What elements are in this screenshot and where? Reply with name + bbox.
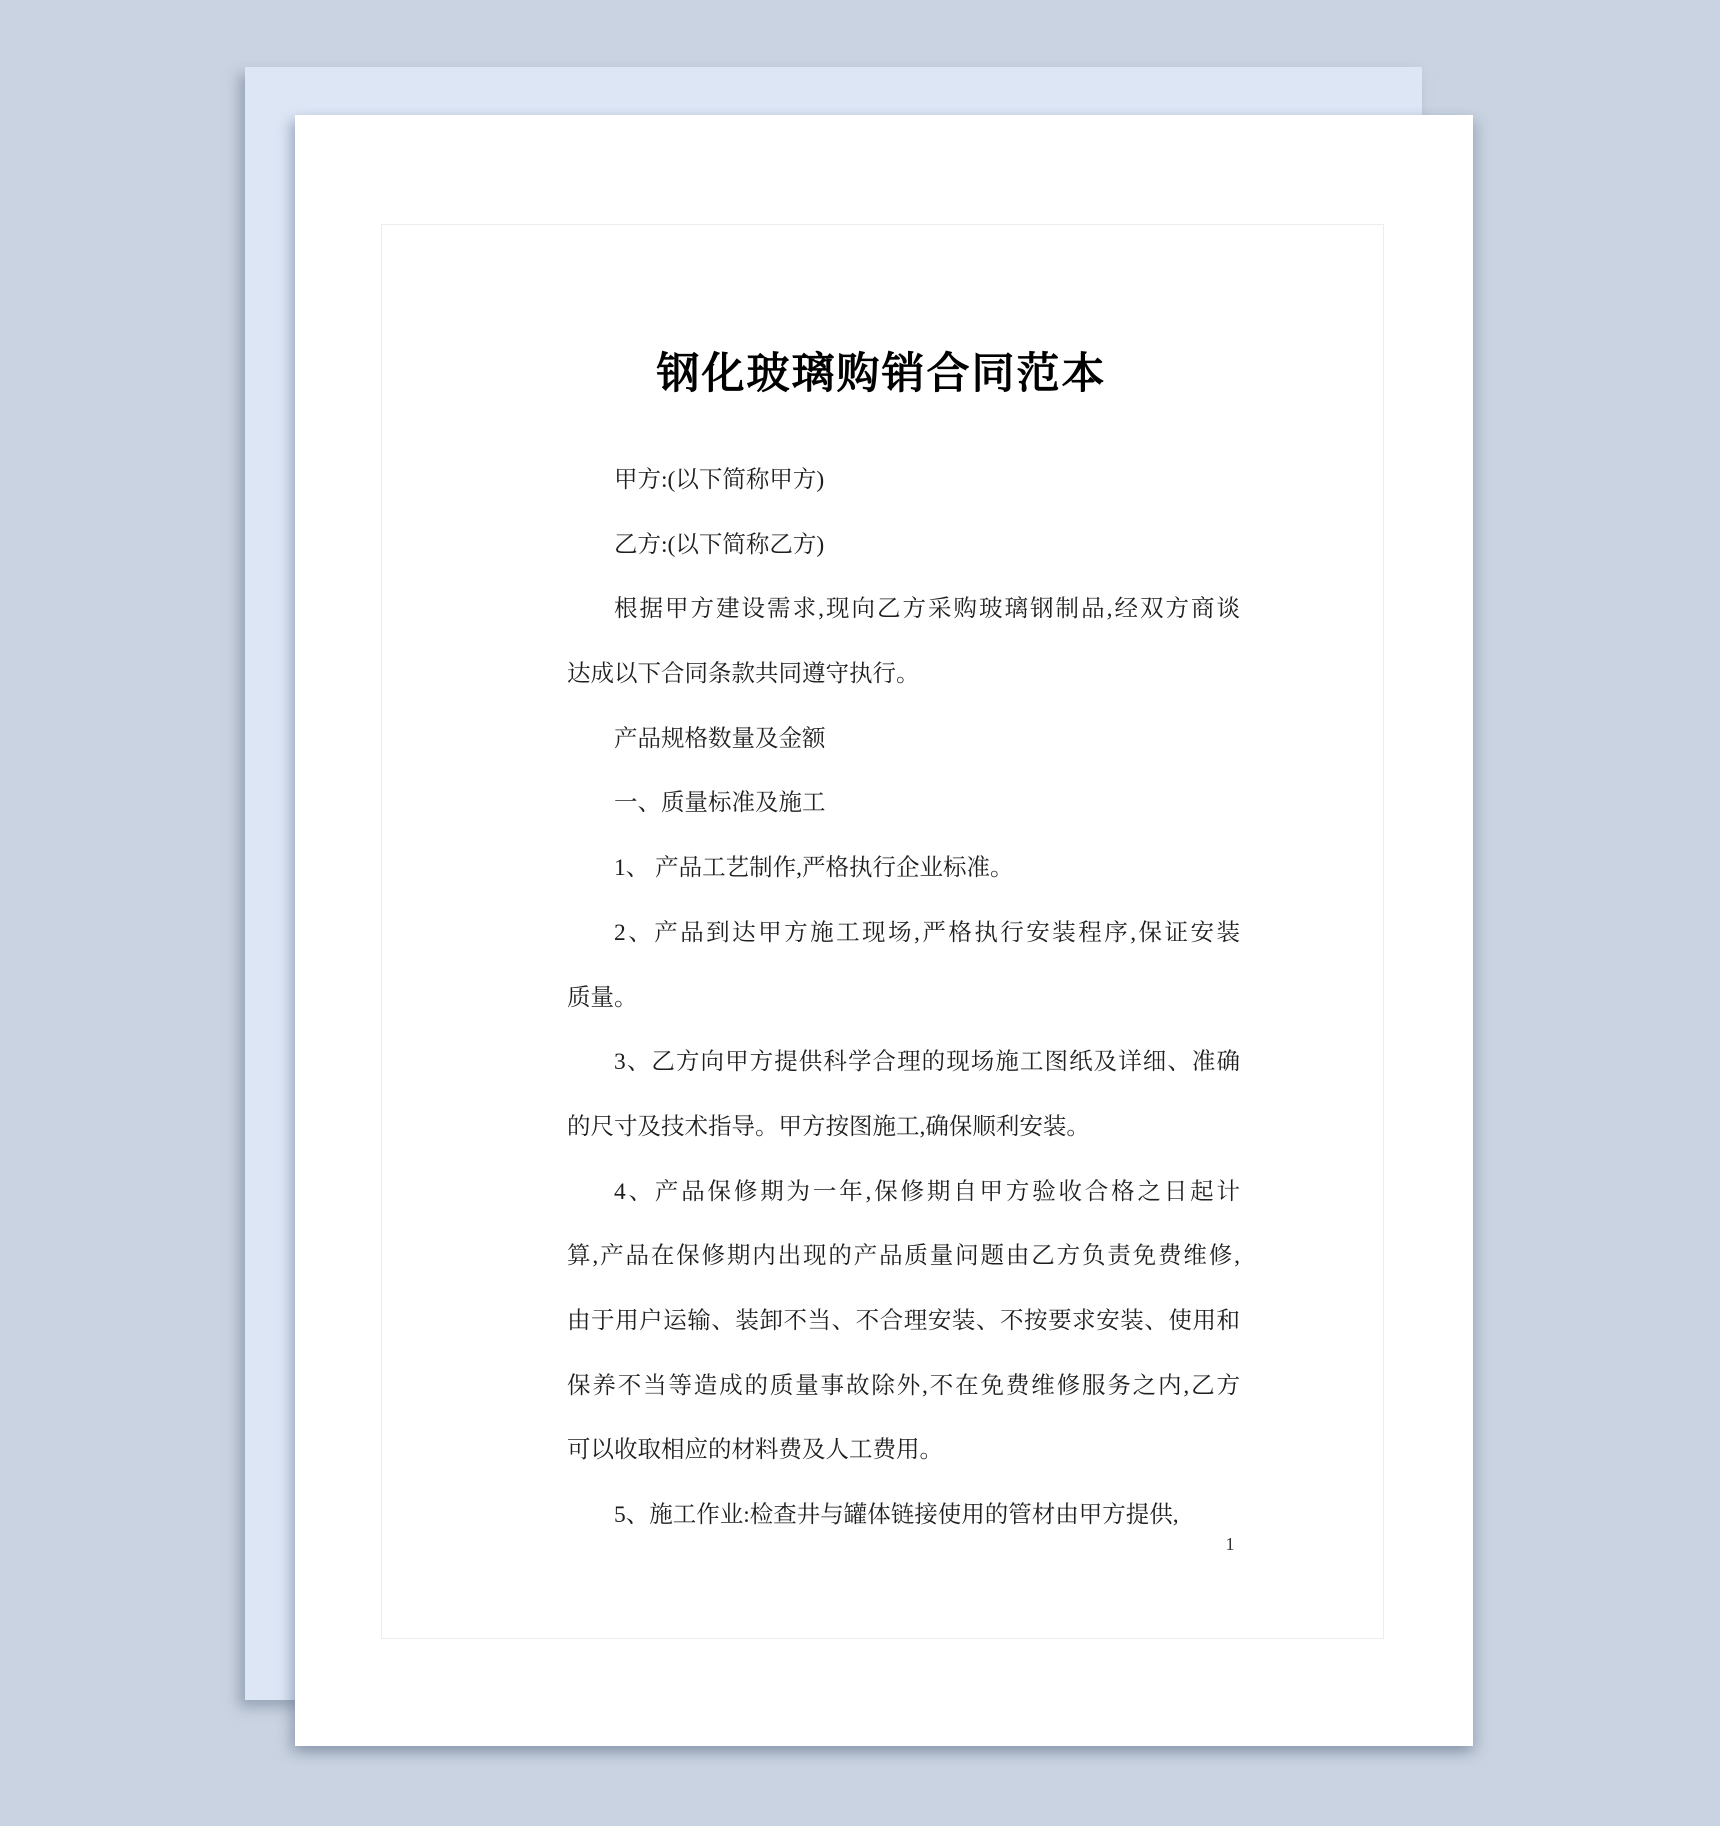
document-line: 保养不当等造成的质量事故除外,不在免费维修服务之内,乙方 [567, 1354, 1240, 1419]
document-line: 算,产品在保修期内出现的产品质量问题由乙方负责免费维修, [567, 1224, 1240, 1289]
document-line: 根据甲方建设需求,现向乙方采购玻璃钢制品,经双方商谈 [567, 577, 1240, 642]
document-line: 可以收取相应的材料费及人工费用。 [567, 1418, 1240, 1483]
document-line: 5、施工作业:检查井与罐体链接使用的管材由甲方提供, [567, 1483, 1240, 1548]
document-line: 达成以下合同条款共同遵守执行。 [567, 642, 1240, 707]
document-line: 1、 产品工艺制作,严格执行企业标准。 [567, 836, 1240, 901]
document-line: 2、产品到达甲方施工现场,严格执行安装程序,保证安装 [567, 901, 1240, 966]
document-line: 3、乙方向甲方提供科学合理的现场施工图纸及详细、准确 [567, 1030, 1240, 1095]
document-line: 产品规格数量及金额 [567, 707, 1240, 772]
document-line: 一、质量标准及施工 [567, 771, 1240, 836]
document-line: 4、产品保修期为一年,保修期自甲方验收合格之日起计 [567, 1160, 1240, 1225]
document-line: 甲方:(以下简称甲方) [567, 448, 1240, 513]
page-number: 1 [1215, 1527, 1245, 1561]
document-page: 钢化玻璃购销合同范本 甲方:(以下简称甲方)乙方:(以下简称乙方)根据甲方建设需… [295, 115, 1473, 1746]
document-body: 甲方:(以下简称甲方)乙方:(以下简称乙方)根据甲方建设需求,现向乙方采购玻璃钢… [567, 448, 1240, 1548]
document-line: 由于用户运输、装卸不当、不合理安装、不按要求安装、使用和 [567, 1289, 1240, 1354]
document-line: 的尺寸及技术指导。甲方按图施工,确保顺利安装。 [567, 1095, 1240, 1160]
document-line: 乙方:(以下简称乙方) [567, 513, 1240, 578]
document-title: 钢化玻璃购销合同范本 [381, 346, 1382, 402]
page-background: 钢化玻璃购销合同范本 甲方:(以下简称甲方)乙方:(以下简称乙方)根据甲方建设需… [0, 0, 1720, 1826]
document-line: 质量。 [567, 966, 1240, 1031]
